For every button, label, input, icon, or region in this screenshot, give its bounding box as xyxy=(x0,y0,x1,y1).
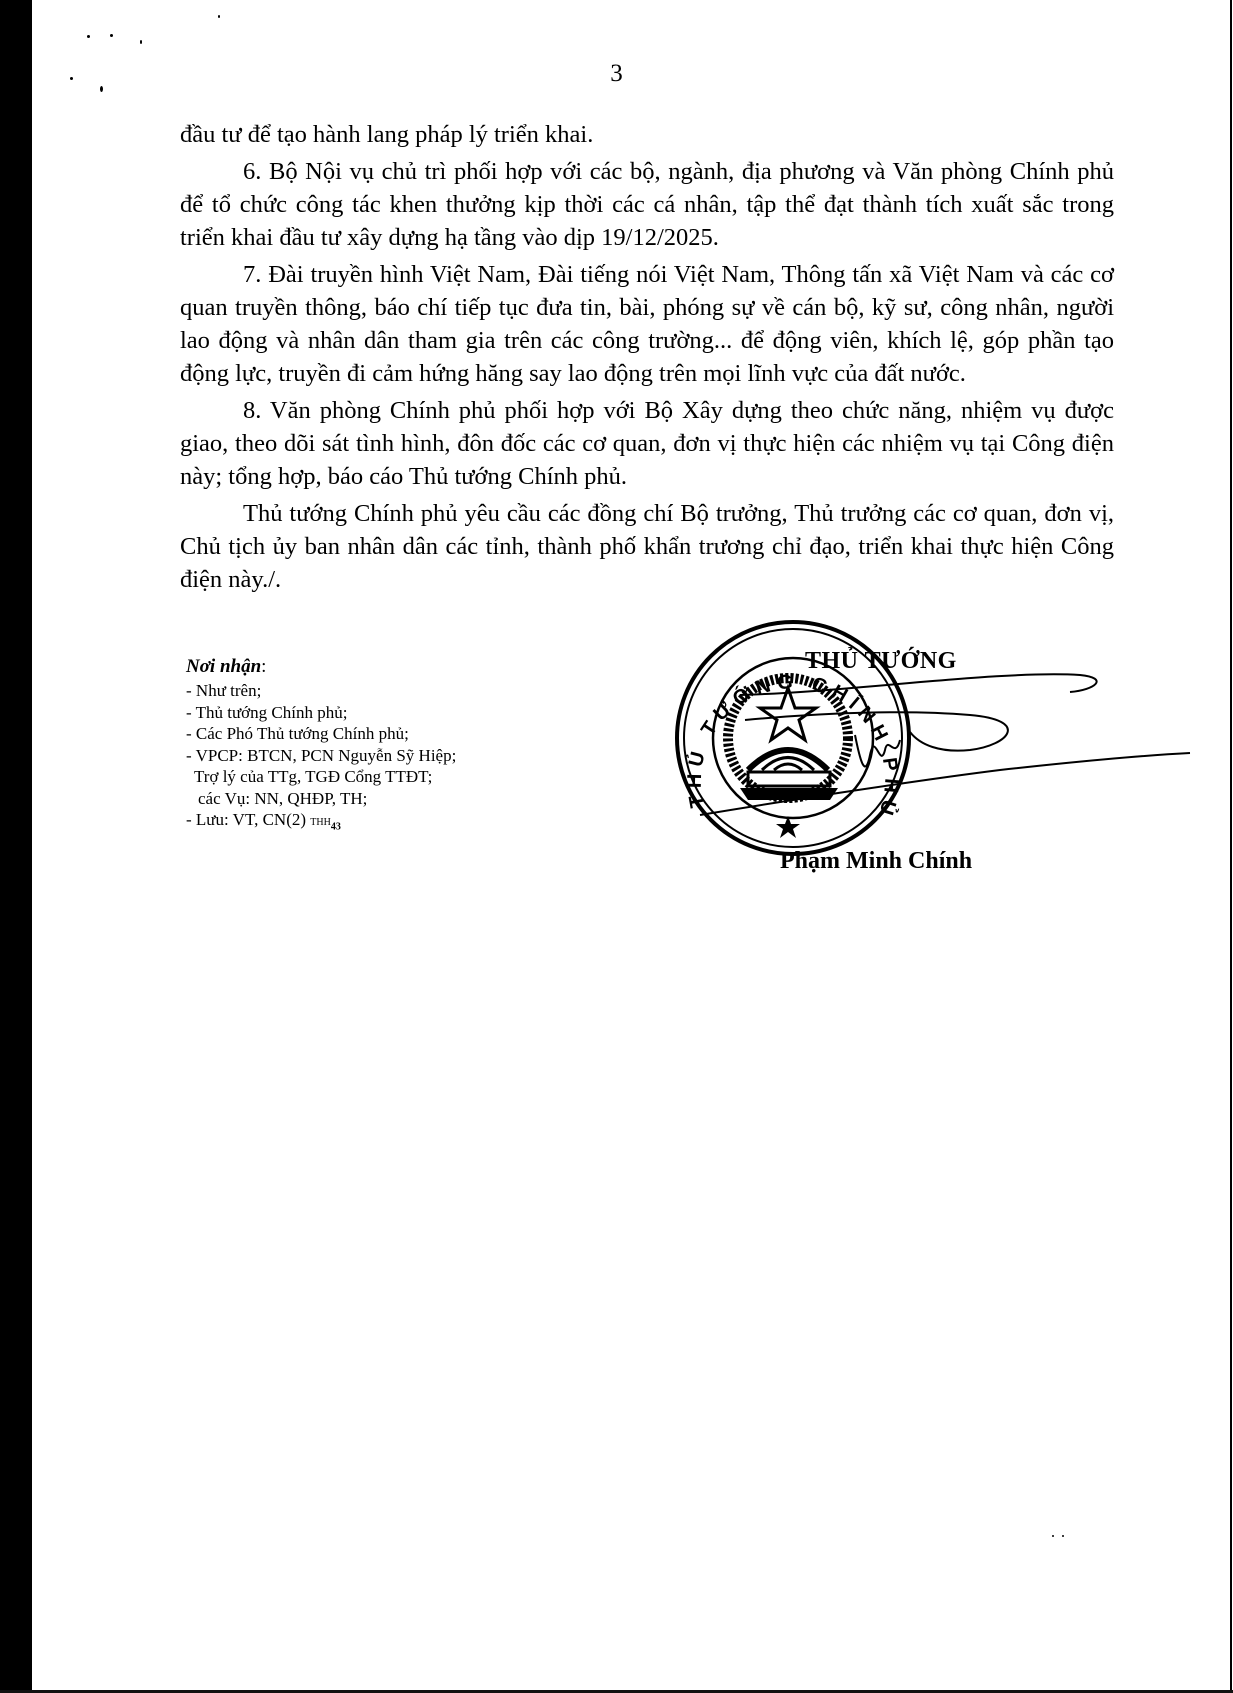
signatory-name: Phạm Minh Chính xyxy=(780,848,972,875)
paragraph-continuation: đầu tư để tạo hành lang pháp lý triển kh… xyxy=(180,118,1114,151)
scan-speck xyxy=(218,15,220,18)
scan-speck xyxy=(1062,1535,1064,1537)
scan-speck xyxy=(1052,1535,1054,1537)
recipients-title-colon: : xyxy=(261,656,266,677)
recipient-item: - Như trên; xyxy=(186,680,456,702)
archive-count: 43 xyxy=(331,821,341,832)
recipient-archive: - Lưu: VT, CN(2) THH43 xyxy=(186,809,456,838)
handwritten-signature-icon xyxy=(670,620,1230,880)
scan-speck xyxy=(110,34,113,37)
recipients-title: Nơi nhận: xyxy=(186,654,456,680)
scan-border-left xyxy=(0,0,32,1693)
recipient-item: - Các Phó Thủ tướng Chính phủ; xyxy=(186,723,456,745)
recipients-block: Nơi nhận: - Như trên; - Thủ tướng Chính … xyxy=(186,654,456,838)
page-number: 3 xyxy=(0,60,1233,88)
paragraph-closing: Thủ tướng Chính phủ yêu cầu các đồng chí… xyxy=(180,497,1114,596)
signature-block: THỦ TƯỚNG CHÍNH PHỦ THỦ TƯỚNG Phạm Minh … xyxy=(670,620,1230,880)
recipients-title-text: Nơi nhận xyxy=(186,656,261,677)
scan-speck xyxy=(140,40,142,44)
paragraph-item-6: 6. Bộ Nội vụ chủ trì phối hợp với các bộ… xyxy=(180,155,1114,254)
recipient-item: các Vụ: NN, QHĐP, TH; xyxy=(186,788,456,810)
recipient-item: Trợ lý của TTg, TGĐ Cổng TTĐT; xyxy=(186,766,456,788)
scan-border-right xyxy=(1230,0,1232,1693)
document-body: đầu tư để tạo hành lang pháp lý triển kh… xyxy=(180,118,1114,600)
paragraph-item-8: 8. Văn phòng Chính phủ phối hợp với Bộ X… xyxy=(180,394,1114,493)
recipient-item: - Lưu: VT, CN(2) xyxy=(186,810,306,829)
paragraph-item-7: 7. Đài truyền hình Việt Nam, Đài tiếng n… xyxy=(180,258,1114,390)
recipient-item: - Thủ tướng Chính phủ; xyxy=(186,702,456,724)
archive-code: THH xyxy=(310,817,331,828)
scan-speck xyxy=(87,35,90,38)
recipient-item: - VPCP: BTCN, PCN Nguyễn Sỹ Hiệp; xyxy=(186,745,456,767)
